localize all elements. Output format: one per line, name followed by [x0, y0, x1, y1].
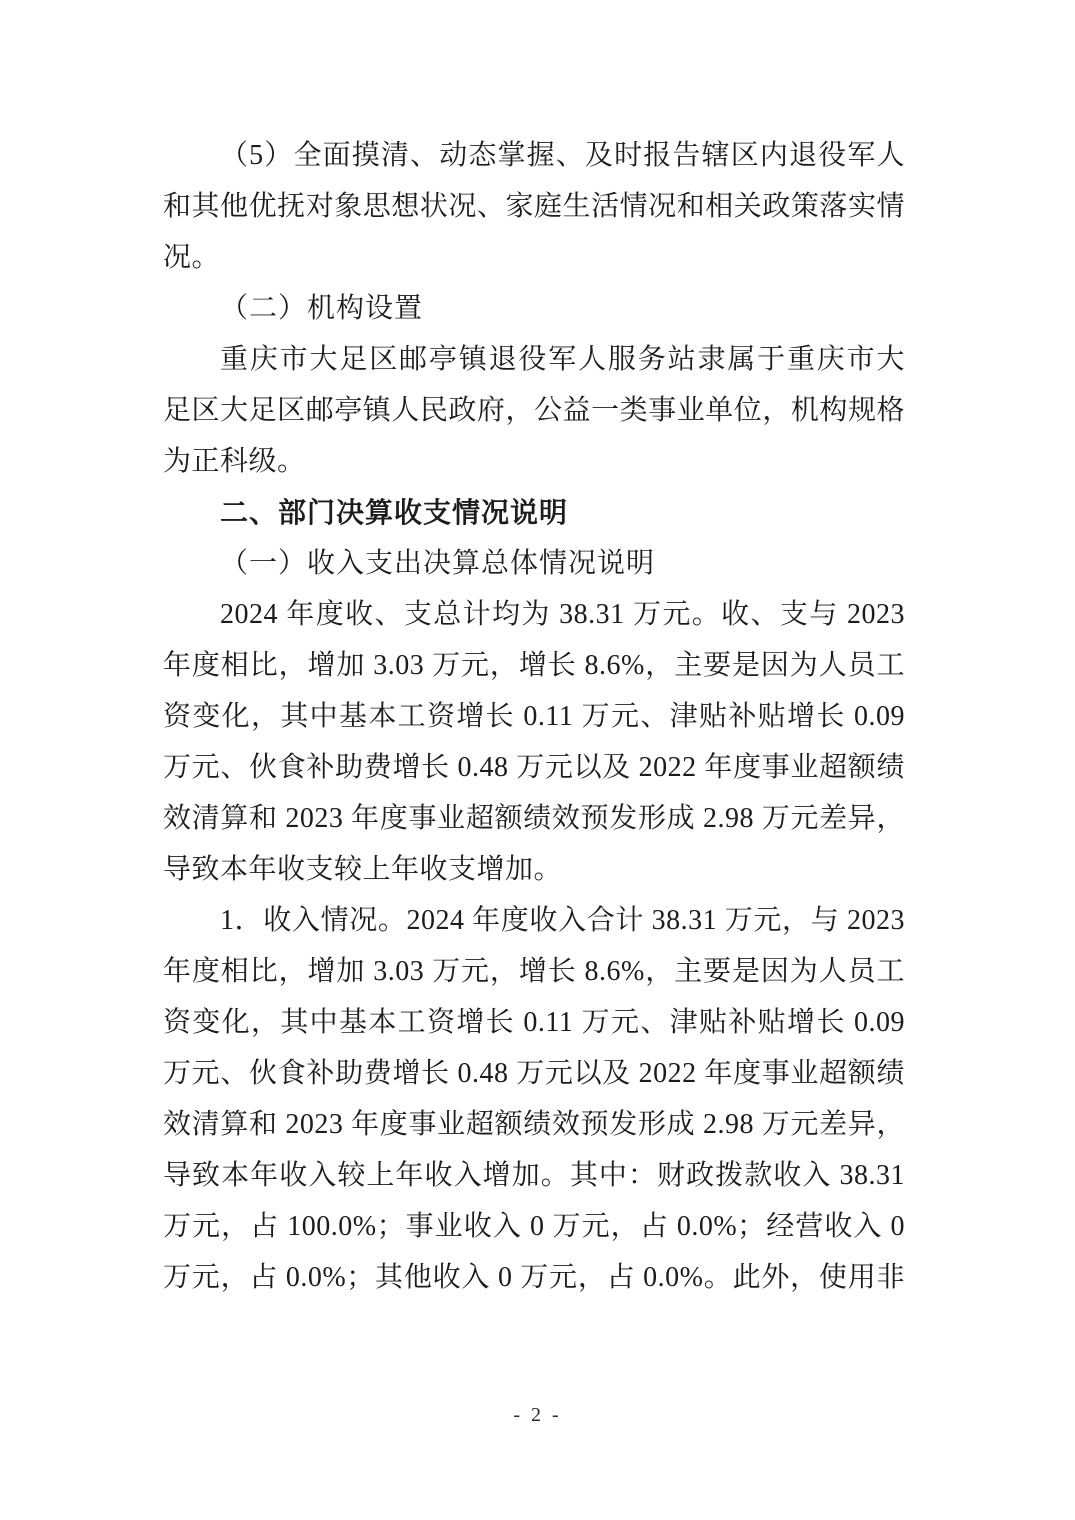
text-line: 年度相比，增加 3.03 万元，增长 8.6%，主要是因为人员工	[163, 640, 905, 691]
text-line: 效清算和 2023 年度事业超额绩效预发形成 2.98 万元差异，	[163, 793, 905, 844]
page-number: - 2 -	[513, 1404, 561, 1426]
text-line: 2024 年度收、支总计均为 38.31 万元。收、支与 2023	[163, 589, 905, 640]
text-line: 重庆市大足区邮亭镇退役军人服务站隶属于重庆市大	[163, 334, 905, 385]
text-line: 和其他优抚对象思想状况、家庭生活情况和相关政策落实情	[163, 181, 905, 232]
text-line: 资变化，其中基本工资增长 0.11 万元、津贴补贴增长 0.09	[163, 691, 905, 742]
text-line: 导致本年收支较上年收支增加。	[163, 844, 905, 895]
page-footer: - 2 -	[0, 1400, 1075, 1430]
text-line: 万元，占 100.0%；事业收入 0 万元，占 0.0%；经营收入 0	[163, 1201, 905, 1252]
text-line: （一）收入支出决算总体情况说明	[163, 538, 905, 589]
text-line: 导致本年收入较上年收入增加。其中：财政拨款收入 38.31	[163, 1150, 905, 1201]
text-line: （二）机构设置	[163, 283, 905, 334]
text-line: 万元，占 0.0%；其他收入 0 万元，占 0.0%。此外，使用非	[163, 1252, 905, 1303]
text-line: 资变化，其中基本工资增长 0.11 万元、津贴补贴增长 0.09	[163, 997, 905, 1048]
document-page: （5）全面摸清、动态掌握、及时报告辖区内退役军人和其他优抚对象思想状况、家庭生活…	[0, 0, 1075, 1520]
text-line: 足区大足区邮亭镇人民政府，公益一类事业单位，机构规格	[163, 385, 905, 436]
document-body: （5）全面摸清、动态掌握、及时报告辖区内退役军人和其他优抚对象思想状况、家庭生活…	[163, 130, 905, 1303]
text-line: 二、部门决算收支情况说明	[163, 487, 905, 538]
text-line: 万元、伙食补助费增长 0.48 万元以及 2022 年度事业超额绩	[163, 1048, 905, 1099]
text-line: 万元、伙食补助费增长 0.48 万元以及 2022 年度事业超额绩	[163, 742, 905, 793]
text-line: 年度相比，增加 3.03 万元，增长 8.6%，主要是因为人员工	[163, 946, 905, 997]
text-line: 为正科级。	[163, 436, 905, 487]
text-line: 效清算和 2023 年度事业超额绩效预发形成 2.98 万元差异，	[163, 1099, 905, 1150]
text-line: 1．收入情况。2024 年度收入合计 38.31 万元，与 2023	[163, 895, 905, 946]
text-line: （5）全面摸清、动态掌握、及时报告辖区内退役军人	[163, 130, 905, 181]
text-line: 况。	[163, 232, 905, 283]
